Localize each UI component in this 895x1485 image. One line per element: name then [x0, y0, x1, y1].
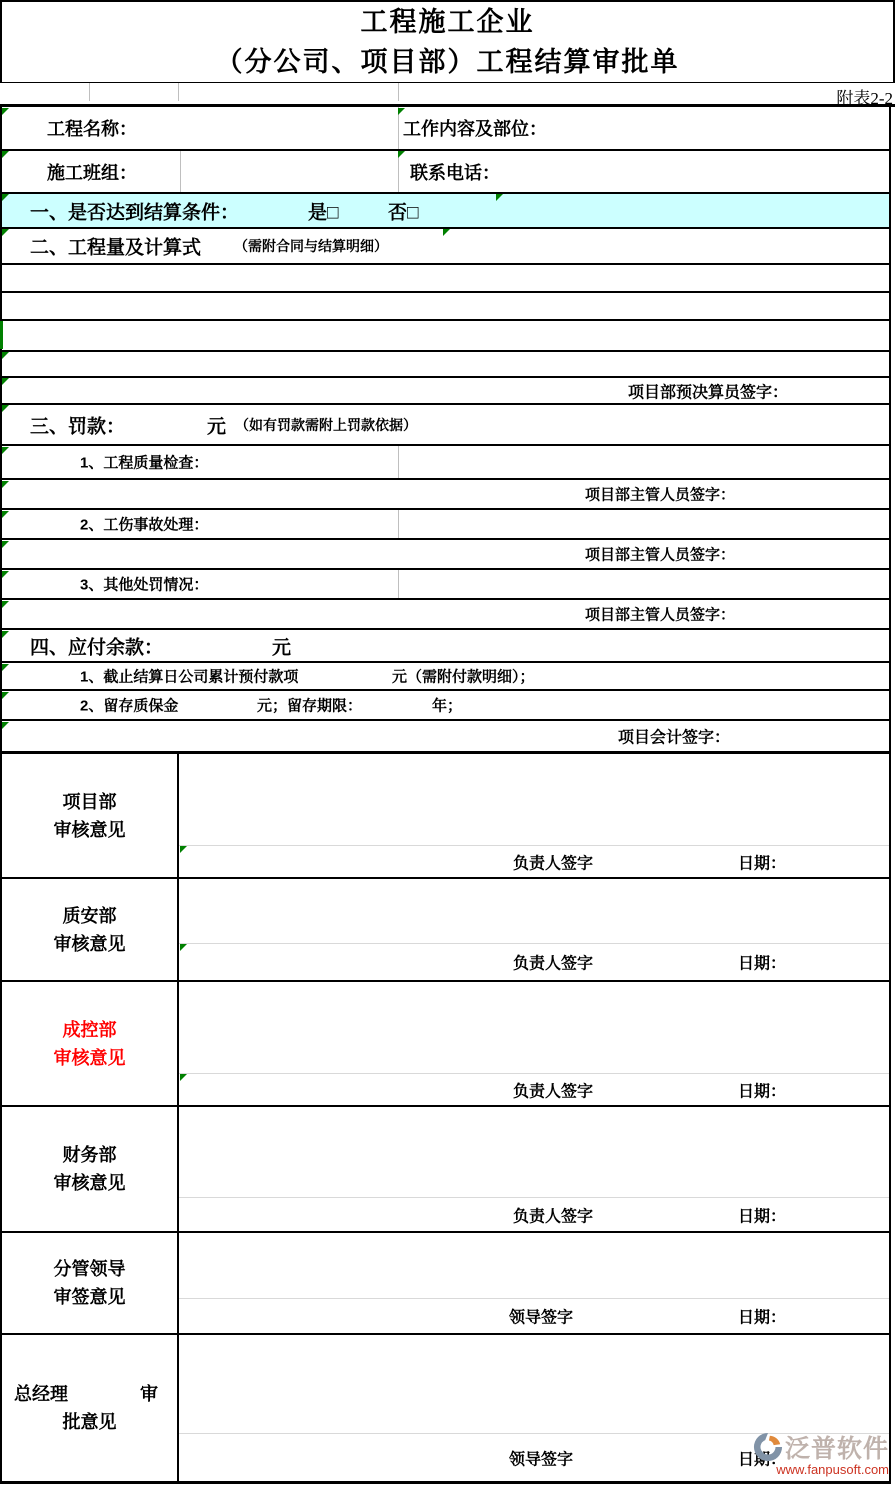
error-indicator-icon: [443, 229, 450, 236]
signature-row[interactable]: 负责人签字 日期：: [179, 943, 889, 980]
gridline: [178, 83, 179, 101]
error-indicator-icon: [2, 194, 9, 201]
approval-block-project-dept: 项目部 审核意见 负责人签字 日期：: [2, 754, 889, 879]
dept-label: 质安部 审核意见: [2, 879, 179, 980]
error-indicator-icon: [2, 405, 9, 412]
error-indicator-icon: [398, 108, 405, 115]
approval-block-finance-dept: 财务部 审核意见 负责人签字 日期：: [2, 1107, 889, 1233]
penalty-item2-label: 2、工伤事故处理：: [80, 514, 208, 535]
prepaid-suffix: 元（需附付款明细）；: [392, 666, 535, 687]
row-penalty-item1[interactable]: 1、工程质量检查：: [2, 446, 889, 480]
settlement-approval-form: 工程施工企业 （分公司、项目部）工程结算审批单 附表2-2 工程名称： 工作内容…: [0, 0, 895, 1485]
cell-divider: [398, 446, 399, 478]
error-indicator-icon: [2, 664, 9, 671]
error-indicator-icon: [2, 692, 9, 699]
fanpu-logo-icon: [753, 1432, 783, 1462]
row-settlement-condition: 一、是否达到结算条件： 是□ 否□: [2, 194, 889, 229]
calc-empty-row[interactable]: [2, 265, 889, 293]
error-indicator-icon: [2, 108, 9, 115]
error-indicator-icon: [2, 571, 9, 578]
section4-title: 四、应付余款：: [30, 632, 163, 659]
calc-empty-row[interactable]: [2, 352, 889, 378]
responsible-sign-label: 负责人签字: [513, 1203, 593, 1226]
row-penalty-sig1[interactable]: 项目部主管人员签字：: [2, 480, 889, 510]
opinion-area[interactable]: [179, 879, 889, 943]
no-checkbox[interactable]: 否□: [388, 197, 418, 224]
annex-label: 附表2-2: [836, 84, 893, 109]
error-indicator-icon: [2, 511, 9, 518]
yes-checkbox[interactable]: 是□: [308, 197, 338, 224]
row-construction-team[interactable]: 施工班组： 联系电话：: [2, 151, 889, 194]
supervisor-signature-label: 项目部主管人员签字：: [585, 544, 735, 565]
form-title-line1: 工程施工企业: [2, 2, 893, 42]
cell-divider: [398, 570, 399, 598]
row-accountant-signature[interactable]: 项目会计签字：: [2, 721, 889, 754]
error-indicator-icon: [180, 846, 187, 853]
penalty-item1-label: 1、工程质量检查：: [80, 452, 208, 473]
error-indicator-icon: [2, 378, 9, 385]
annex-row: 附表2-2: [0, 83, 895, 107]
approval-block-quality-safety-dept: 质安部 审核意见 负责人签字 日期：: [2, 879, 889, 982]
cell-divider: [398, 510, 399, 538]
error-indicator-icon: [2, 631, 9, 638]
dept-label: 项目部 审核意见: [2, 754, 179, 877]
error-indicator-icon: [2, 447, 9, 454]
supervisor-signature-label: 项目部主管人员签字：: [585, 484, 735, 505]
opinion-area[interactable]: [179, 1107, 889, 1197]
gridline: [89, 83, 90, 101]
prepaid-label: 1、截止结算日公司累计预付款项: [80, 666, 298, 687]
error-indicator-icon: [180, 944, 187, 951]
approval-block-leader-in-charge: 分管领导 审签意见 领导签字 日期：: [2, 1233, 889, 1335]
date-label: 日期：: [738, 1305, 786, 1328]
date-label: 日期：: [738, 850, 786, 873]
signature-row[interactable]: 领导签字 日期：: [179, 1298, 889, 1333]
dept-label: 总经理 审 批意见: [2, 1335, 179, 1481]
dept-label: 财务部 审核意见: [2, 1107, 179, 1231]
section3-title: 三、罚款：: [30, 411, 125, 438]
row-retention-item[interactable]: 2、留存质保金 元；留存期限： 年；: [2, 691, 889, 721]
construction-team-label: 施工班组：: [47, 159, 137, 185]
opinion-area[interactable]: [179, 1335, 889, 1433]
error-indicator-icon: [2, 722, 9, 729]
gridline: [398, 83, 399, 101]
error-indicator-icon: [2, 601, 9, 608]
row-penalty-item2[interactable]: 2、工伤事故处理：: [2, 510, 889, 540]
section3-note: （如有罚款需附上罚款依据）: [235, 415, 417, 435]
row-section3-header: 三、罚款： 元 （如有罚款需附上罚款依据）: [2, 405, 889, 446]
work-content-label: 工作内容及部位：: [403, 115, 547, 141]
brand-url: www.fanpusoft.com: [729, 1462, 889, 1477]
signature-row[interactable]: 负责人签字 日期：: [179, 845, 889, 877]
responsible-sign-label: 负责人签字: [513, 850, 593, 873]
form-title-box: 工程施工企业 （分公司、项目部）工程结算审批单: [0, 0, 895, 83]
date-label: 日期：: [738, 951, 786, 974]
retention-label: 2、留存质保金: [80, 695, 178, 716]
penalty-item3-label: 3、其他处罚情况：: [80, 574, 208, 595]
section2-note: （需附合同与结算明细）: [234, 236, 388, 256]
responsible-sign-label: 负责人签字: [513, 951, 593, 974]
green-border-marker: [0, 321, 3, 349]
form-table: 工程名称： 工作内容及部位： 施工班组： 联系电话： 一、是否达到结算条件： 是…: [0, 107, 891, 1484]
project-name-label: 工程名称：: [47, 115, 137, 141]
error-indicator-icon: [2, 151, 9, 158]
opinion-area[interactable]: [179, 754, 889, 845]
error-indicator-icon: [2, 481, 9, 488]
retention-mid: 元；留存期限：: [257, 695, 362, 716]
error-indicator-icon: [2, 352, 9, 359]
row-penalty-item3[interactable]: 3、其他处罚情况：: [2, 570, 889, 600]
leader-sign-label: 领导签字: [509, 1446, 573, 1469]
error-indicator-icon: [2, 541, 9, 548]
contact-phone-label: 联系电话：: [410, 159, 500, 185]
dept-label: 成控部 审核意见: [2, 982, 179, 1105]
settlement-condition-label: 一、是否达到结算条件：: [30, 197, 239, 224]
brand-name: 泛普软件: [785, 1429, 889, 1465]
row-section2-signature[interactable]: 项目部预决算员签字：: [2, 378, 889, 405]
accountant-signature-label: 项目会计签字：: [618, 725, 730, 748]
opinion-area[interactable]: [179, 1233, 889, 1298]
estimator-signature-label: 项目部预决算员签字：: [628, 379, 788, 402]
error-indicator-icon: [496, 194, 503, 201]
leader-sign-label: 领导签字: [509, 1305, 573, 1328]
row-project-name[interactable]: 工程名称： 工作内容及部位：: [2, 107, 889, 151]
retention-suffix: 年；: [432, 695, 462, 716]
fanpu-watermark: 泛普软件 www.fanpusoft.com: [729, 1429, 889, 1477]
section3-unit: 元: [207, 411, 226, 438]
row-penalty-sig2[interactable]: 项目部主管人员签字：: [2, 540, 889, 570]
signature-row[interactable]: 负责人签字 日期：: [179, 1197, 889, 1231]
calc-empty-row[interactable]: [2, 321, 889, 352]
calc-empty-row[interactable]: [2, 293, 889, 321]
supervisor-signature-label: 项目部主管人员签字：: [585, 604, 735, 625]
cell-divider: [180, 151, 181, 192]
error-indicator-icon: [398, 151, 405, 158]
dept-label: 分管领导 审签意见: [2, 1233, 179, 1333]
opinion-area[interactable]: [179, 982, 889, 1073]
form-title-line2: （分公司、项目部）工程结算审批单: [2, 42, 893, 82]
date-label: 日期：: [738, 1078, 786, 1101]
signature-row[interactable]: 负责人签字 日期：: [179, 1073, 889, 1105]
date-label: 日期：: [738, 1203, 786, 1226]
section2-title: 二、工程量及计算式: [30, 233, 201, 260]
error-indicator-icon: [180, 1074, 187, 1081]
row-prepaid-item[interactable]: 1、截止结算日公司累计预付款项 元（需附付款明细）；: [2, 663, 889, 691]
section4-unit: 元: [272, 632, 291, 659]
error-indicator-icon: [2, 229, 9, 236]
responsible-sign-label: 负责人签字: [513, 1078, 593, 1101]
row-penalty-sig3[interactable]: 项目部主管人员签字：: [2, 600, 889, 630]
approval-block-cost-control-dept: 成控部 审核意见 负责人签字 日期：: [2, 982, 889, 1107]
row-section4-header: 四、应付余款： 元: [2, 630, 889, 663]
